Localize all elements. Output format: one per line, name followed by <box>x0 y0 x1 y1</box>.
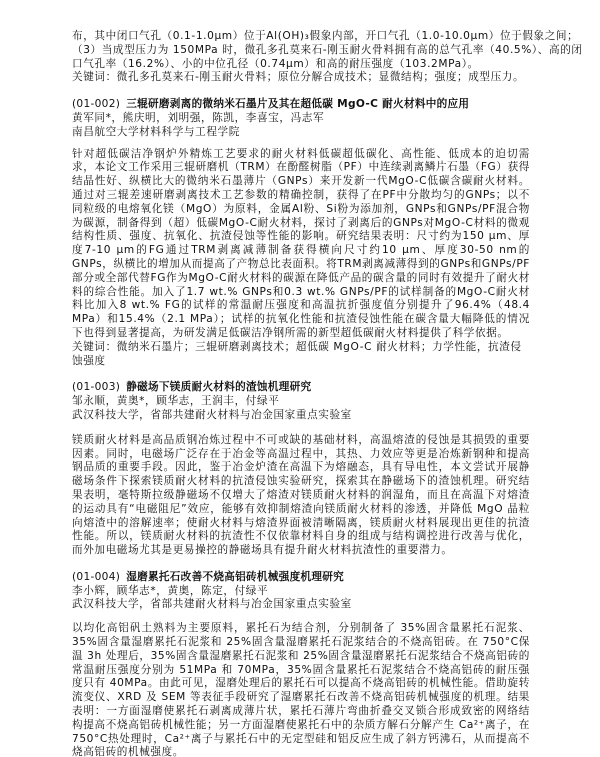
article-code: (01-003) <box>72 381 120 393</box>
article-abstract: 以均化高铝矾土熟料为主要原料，累托石为结合剂，分别制备了 35%固含量累托石泥浆… <box>72 622 530 757</box>
article-authors: 邹永顺，黄奥*，顾华志，王润丰，付绿平 <box>72 395 530 409</box>
abstract-line: 布，其中闭口气孔（0.1-1.0μm）位于Al(OH)₃假象内部，开口气孔（1.… <box>72 30 530 44</box>
article-title-text: 湿磨累托石改善不烧高铝砖机械强度机理研究 <box>126 571 344 583</box>
previous-abstract-continuation: 布，其中闭口气孔（0.1-1.0μm）位于Al(OH)₃假象内部，开口气孔（1.… <box>72 30 530 85</box>
article-title-text: 三辊研磨剥离的微纳米石墨片及其在超低碳 MgO-C 耐火材料中的应用 <box>126 98 469 110</box>
abstract-line: 口气孔率（16.2%）、小的中位孔径（0.74μm）和高的耐压强度（103.2M… <box>72 58 530 72</box>
article-abstract: 镁质耐火材料是高品质钢冶炼过程中不可或缺的基础材料，高温熔渣的侵蚀是其损毁的重要… <box>72 434 530 558</box>
article-affiliation: 武汉科技大学，省部共建耐火材料与冶金国家重点实验室 <box>72 409 530 423</box>
article-title-text: 静磁场下镁质耐火材料的渣蚀机理研究 <box>126 381 311 393</box>
article-01-004: (01-004)湿磨累托石改善不烧高铝砖机械强度机理研究 李小辉，顾华志*，黄奥… <box>72 571 530 757</box>
article-01-002: (01-002)三辊研磨剥离的微纳米石墨片及其在超低碳 MgO-C 耐火材料中的… <box>72 98 530 368</box>
paper-page: 布，其中闭口气孔（0.1-1.0μm）位于Al(OH)₃假象内部，开口气孔（1.… <box>72 30 530 757</box>
article-01-003: (01-003)静磁场下镁质耐火材料的渣蚀机理研究 邹永顺，黄奥*，顾华志，王润… <box>72 381 530 558</box>
article-affiliation: 武汉科技大学，省部共建耐火材料与冶金国家重点实验室 <box>72 598 530 612</box>
article-authors: 李小辉，顾华志*，黄奥，陈定，付绿平 <box>72 585 530 599</box>
article-authors: 黄军同*，熊庆明，刘明强，陈凯，李喜宝，冯志军 <box>72 112 530 126</box>
article-abstract: 针对超低碳洁净钢炉外精炼工艺要求的耐火材料低碳超低碳化、高性能、低成本的迫切需求… <box>72 148 530 341</box>
keywords: 关键词：微纳米石墨片；三辊研磨剥离技术；超低碳 MgO-C 耐火材料；力学性能，… <box>72 341 530 369</box>
article-affiliation: 南昌航空大学材料科学与工程学院 <box>72 126 530 140</box>
article-code: (01-004) <box>72 571 120 583</box>
article-code: (01-002) <box>72 98 120 110</box>
keywords: 关键词：微孔多孔莫来石-刚玉耐火骨料；原位分解合成技术；显微结构；强度；成型压力… <box>72 71 530 85</box>
abstract-line: （3）当成型压力为 150MPa 时，微孔多孔莫来石-刚玉耐火骨料拥有高的总气孔… <box>72 44 530 58</box>
article-title: (01-003)静磁场下镁质耐火材料的渣蚀机理研究 <box>72 381 530 395</box>
article-title: (01-004)湿磨累托石改善不烧高铝砖机械强度机理研究 <box>72 571 530 585</box>
article-title: (01-002)三辊研磨剥离的微纳米石墨片及其在超低碳 MgO-C 耐火材料中的… <box>72 98 530 112</box>
